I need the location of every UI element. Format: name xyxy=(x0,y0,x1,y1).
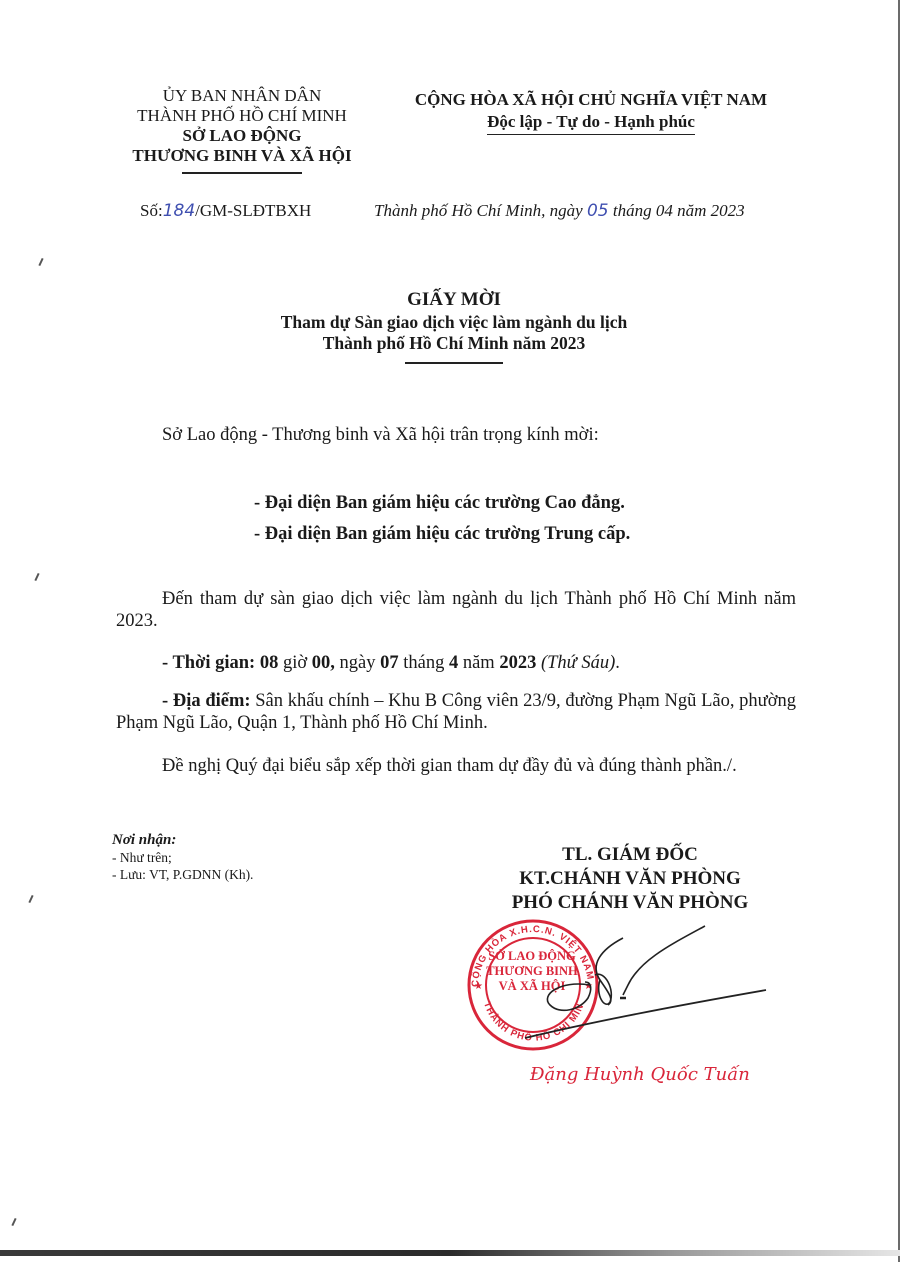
time-paragraph: - Thời gian: 08 giờ 00, ngày 07 tháng 4 … xyxy=(116,652,796,674)
scanned-document-page: ỦY BAN NHÂN DÂN THÀNH PHỐ HỒ CHÍ MINH SỞ… xyxy=(0,0,906,1280)
agency-line-3: SỞ LAO ĐỘNG xyxy=(110,126,374,146)
document-title: GIẤY MỜI Tham dự Sàn giao dịch việc làm … xyxy=(180,287,728,364)
request-paragraph: Đề nghị Quý đại biểu sắp xếp thời gian t… xyxy=(116,755,796,777)
date-suffix: tháng 04 năm 2023 xyxy=(609,201,745,220)
time-label: - Thời gian: xyxy=(162,653,255,673)
time-text: tháng xyxy=(399,653,449,673)
handwritten-signature-icon xyxy=(440,910,800,1050)
agency-underline xyxy=(182,172,302,174)
location-label: - Địa điểm: xyxy=(162,691,251,711)
time-text: ngày xyxy=(335,653,380,673)
agency-line-1: ỦY BAN NHÂN DÂN xyxy=(110,86,374,106)
date-prefix: Thành phố Hồ Chí Minh, ngày xyxy=(374,201,587,220)
recipient-item: - Lưu: VT, P.GDNN (Kh). xyxy=(112,866,253,883)
doc-number-handwritten: 184 xyxy=(163,201,195,221)
national-header: CỘNG HÒA XÃ HỘI CHỦ NGHĨA VIỆT NAM Độc l… xyxy=(382,89,800,135)
time-text: . xyxy=(615,653,620,673)
location-paragraph: - Địa điểm: Sân khấu chính – Khu B Công … xyxy=(116,690,796,734)
issuing-agency-header: ỦY BAN NHÂN DÂN THÀNH PHỐ HỒ CHÍ MINH SỞ… xyxy=(110,86,374,174)
signer-line-1: TL. GIÁM ĐỐC xyxy=(470,843,790,867)
agency-line-2: THÀNH PHỐ HỒ CHÍ MINH xyxy=(110,106,374,126)
title-subtitle-2: Thành phố Hồ Chí Minh năm 2023 xyxy=(180,333,728,354)
doc-number-prefix: Số: xyxy=(140,201,163,220)
time-weekday: (Thứ Sáu) xyxy=(541,653,615,673)
title-main: GIẤY MỜI xyxy=(180,287,728,312)
signer-line-2: KT.CHÁNH VĂN PHÒNG xyxy=(470,867,790,891)
date-day-handwritten: 05 xyxy=(587,201,609,221)
time-text: giờ xyxy=(278,653,311,673)
greeting-text: Sở Lao động - Thương binh và Xã hội trân… xyxy=(162,424,599,446)
national-motto: Độc lập - Tự do - Hạnh phúc xyxy=(487,111,695,135)
doc-number-suffix: /GM-SLĐTBXH xyxy=(195,201,311,220)
signer-block: TL. GIÁM ĐỐC KT.CHÁNH VĂN PHÒNG PHÓ CHÁN… xyxy=(470,843,790,915)
time-day: 07 xyxy=(380,653,399,673)
recipient-item: - Như trên; xyxy=(112,849,253,866)
agency-line-4: THƯƠNG BINH VÀ XÃ HỘI xyxy=(110,146,374,166)
invitee-item: - Đại diện Ban giám hiệu các trường Cao … xyxy=(254,492,625,514)
title-underline xyxy=(405,362,503,364)
time-hour: 08 xyxy=(260,653,279,673)
purpose-paragraph: Đến tham dự sàn giao dịch việc làm ngành… xyxy=(116,588,796,632)
recipients-block: Nơi nhận: - Như trên; - Lưu: VT, P.GDNN … xyxy=(112,832,253,883)
time-year: 2023 xyxy=(499,653,536,673)
time-month: 4 xyxy=(449,653,458,673)
scan-speck xyxy=(28,895,33,903)
title-subtitle-1: Tham dự Sàn giao dịch việc làm ngành du … xyxy=(180,312,728,333)
date-line: Thành phố Hồ Chí Minh, ngày 05 tháng 04 … xyxy=(374,201,745,221)
nation-name: CỘNG HÒA XÃ HỘI CHỦ NGHĨA VIỆT NAM xyxy=(382,89,800,111)
time-text: năm xyxy=(458,653,499,673)
recipients-label: Nơi nhận: xyxy=(112,832,253,849)
time-minute: 00, xyxy=(312,653,335,673)
page-edge-bottom xyxy=(0,1250,900,1256)
page-edge-right xyxy=(898,0,900,1262)
scan-speck xyxy=(38,258,43,266)
document-number: Số:184/GM-SLĐTBXH xyxy=(140,201,311,221)
signer-name: Đặng Huỳnh Quốc Tuấn xyxy=(530,1064,750,1085)
scan-speck xyxy=(34,573,39,581)
scan-speck xyxy=(11,1218,16,1226)
invitee-item: - Đại diện Ban giám hiệu các trường Trun… xyxy=(254,523,630,545)
